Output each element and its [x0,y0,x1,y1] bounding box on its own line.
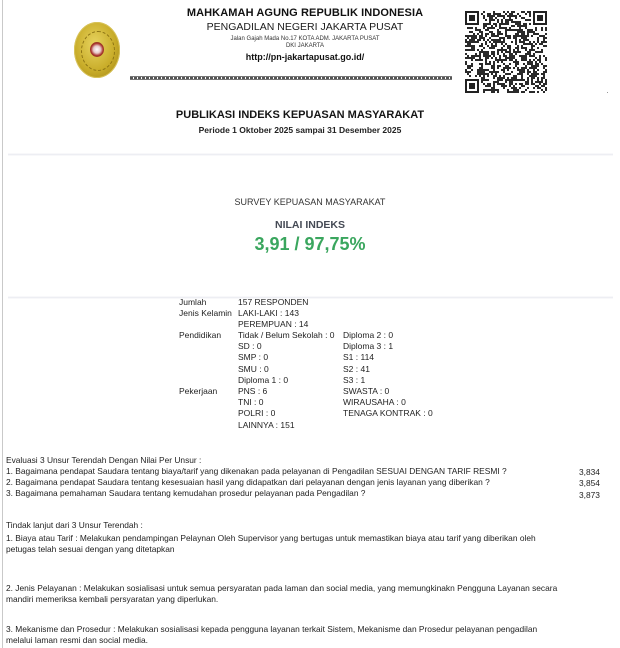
index-value: 3,91 / 97,75% [200,234,420,255]
occupation-label: Pekerjaan [179,386,217,396]
page-fold-line [8,153,613,156]
follow-up-item-1-line2: petugas telah sesuai dengan yang ditetap… [6,544,175,554]
gender-label: Jenis Kelamin [179,308,232,318]
letterhead-divider [130,76,452,80]
publication-title: PUBLIKASI INDEKS KEPUASAN MASYARAKAT [150,109,450,121]
gender-item: LAKI-LAKI : 143 [238,308,308,319]
court-region: DKI JAKARTA [150,43,460,49]
education-item: S3 : 1 [343,375,393,386]
publication-period: Periode 1 Oktober 2025 sampai 31 Desembe… [150,125,450,135]
mahkamah-agung-seal-icon [74,22,120,78]
survey-heading: SURVEY KEPUASAN MASYARAKAT [200,197,420,207]
follow-up-item-1-line1: 1. Biaya atau Tarif : Melakukan pendampi… [6,533,536,543]
gender-list: LAKI-LAKI : 143 PEREMPUAN : 14 [238,308,308,330]
occupation-item: WIRAUSAHA : 0 [343,397,433,408]
education-item: SMU : 0 [238,364,335,375]
occupation-item: POLRI : 0 [238,408,295,419]
evaluation-item-1: 1. Bagaimana pendapat Saudara tentang bi… [6,466,507,476]
education-item: SD : 0 [238,341,335,352]
occupation-item: LAINNYA : 151 [238,420,295,431]
page-fold-line [8,296,613,299]
evaluation-item-3: 3. Bagaimana pemahaman Saudara tentang k… [6,488,365,498]
seal-emblem-icon [90,42,104,57]
evaluation-value-3: 3,873 [579,490,600,500]
education-label: Pendidikan [179,330,221,340]
court-address: Jalan Gajah Mada No.17 KOTA ADM. JAKARTA… [150,36,460,42]
court-name: PENGADILAN NEGERI JAKARTA PUSAT [150,21,460,33]
education-item: S1 : 114 [343,352,393,363]
education-item: Tidak / Belum Sekolah : 0 [238,330,335,341]
education-list-col2: Diploma 2 : 0 Diploma 3 : 1 S1 : 114 S2 … [343,330,393,386]
follow-up-item-2-line1: 2. Jenis Pelayanan : Melakukan sosialisa… [6,583,557,593]
education-item: Diploma 1 : 0 [238,375,335,386]
evaluation-heading: Evaluasi 3 Unsur Terendah Dengan Nilai P… [6,455,201,465]
education-list-col1: Tidak / Belum Sekolah : 0 SD : 0 SMP : 0… [238,330,335,386]
qr-code-icon [465,11,547,93]
occupation-item: TNI : 0 [238,397,295,408]
index-label: NILAI INDEKS [200,219,420,231]
institution-name: MAHKAMAH AGUNG REPUBLIK INDONESIA [150,7,460,19]
occupation-item: PNS : 6 [238,386,295,397]
follow-up-item-3-line2: melalui laman resmi dan social media. [6,635,148,645]
occupation-item: SWASTA : 0 [343,386,433,397]
occupation-item: TENAGA KONTRAK : 0 [343,408,433,419]
education-item: S2 : 41 [343,364,393,375]
follow-up-item-2-line2: mandiri memeriksa kembali persyaratan ya… [6,594,218,604]
evaluation-value-1: 3,834 [579,467,600,477]
occupation-list-col1: PNS : 6 TNI : 0 POLRI : 0 LAINNYA : 151 [238,386,295,431]
follow-up-item-3-line1: 3. Mekanisme dan Prosedur : Melakukan so… [6,624,537,634]
education-item: Diploma 3 : 1 [343,341,393,352]
jumlah-label: Jumlah [179,297,206,307]
follow-up-heading: Tindak lanjut dari 3 Unsur Terendah : [6,520,143,530]
gender-item: PEREMPUAN : 14 [238,319,308,330]
evaluation-item-2: 2. Bagaimana pendapat Saudara tentang ke… [6,477,490,487]
speck [607,92,608,93]
jumlah-value: 157 RESPONDEN [238,297,308,307]
education-item: Diploma 2 : 0 [343,330,393,341]
court-website[interactable]: http://pn-jakartapusat.go.id/ [150,52,460,62]
page-edge [2,0,3,648]
education-item: SMP : 0 [238,352,335,363]
evaluation-value-2: 3,854 [579,478,600,488]
occupation-list-col2: SWASTA : 0 WIRAUSAHA : 0 TENAGA KONTRAK … [343,386,433,420]
